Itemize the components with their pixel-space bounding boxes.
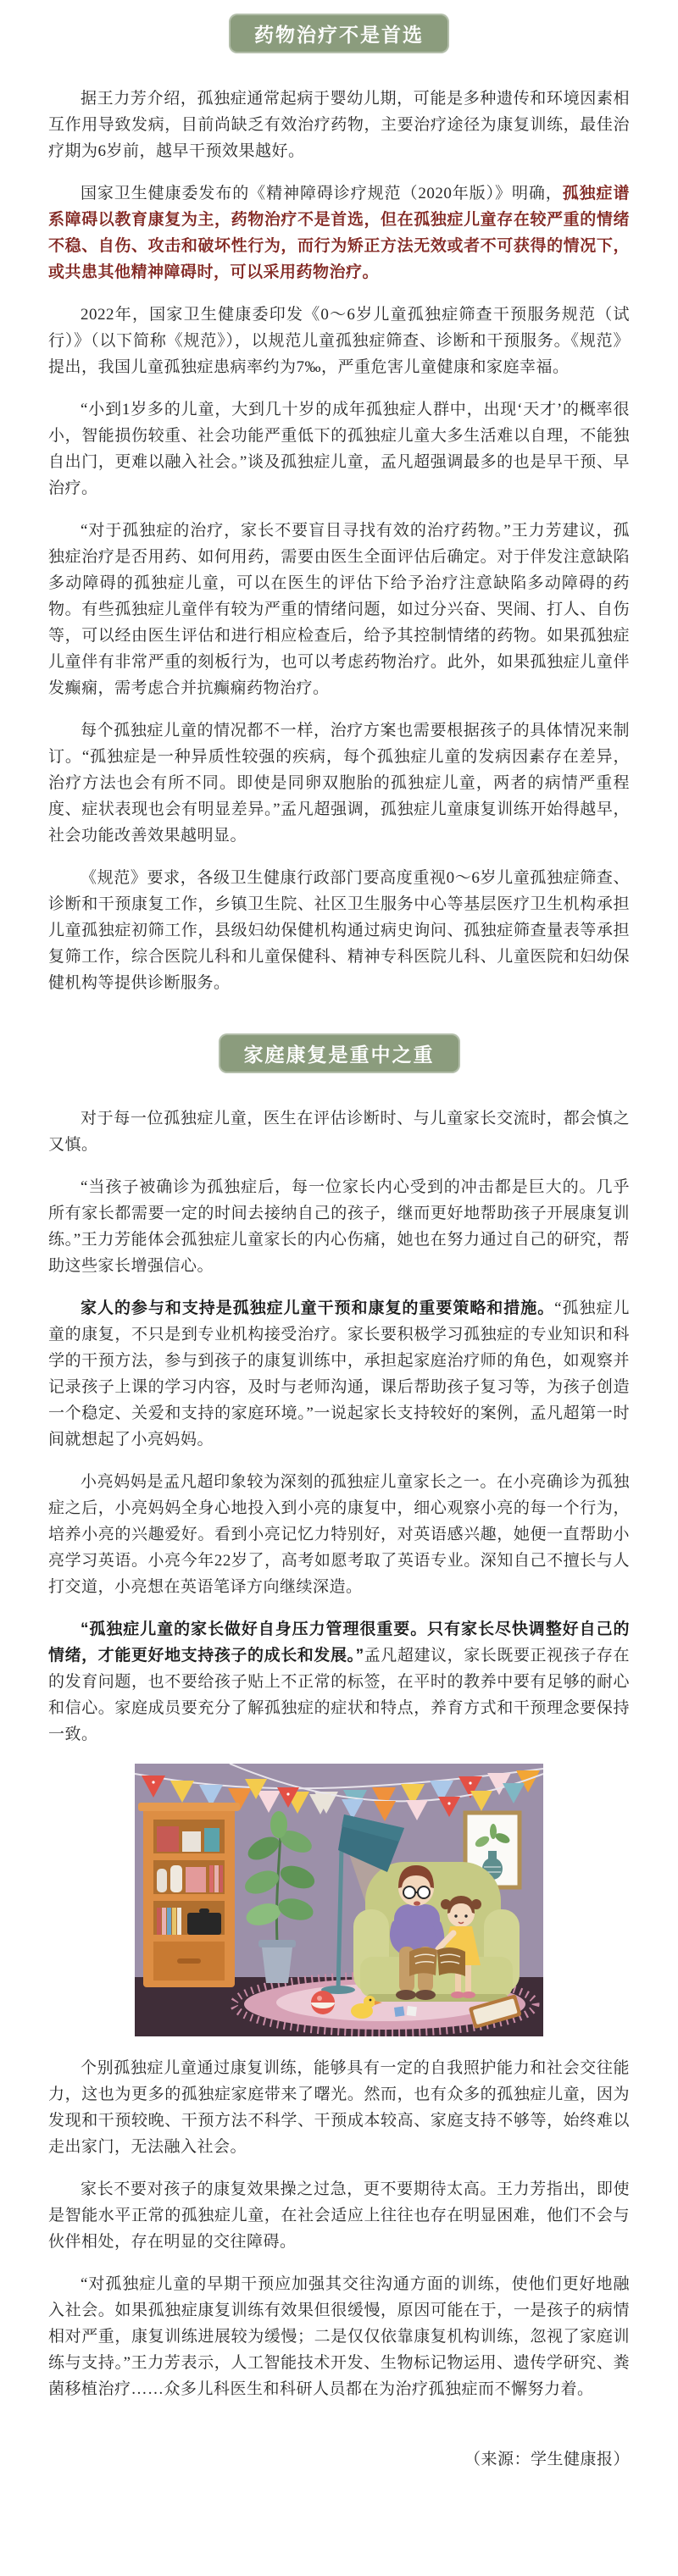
paragraph: 2022年，国家卫生健康委印发《0～6岁儿童孤独症筛查干预服务规范（试行）》（以… — [48, 302, 630, 380]
text-segment: “孤独症儿童的康复，不只是到专业机构接受治疗。家长要积极学习孤独症的专业知识和科… — [48, 1299, 630, 1449]
text-segment-bold-emphasis: 家人的参与和支持是孤独症儿童干预和康复的重要策略和措施。 — [81, 1299, 554, 1317]
text-segment: “对于孤独症的治疗，家长不要盲目寻找有效的治疗药物。”王力芳建议，孤独症治疗是否… — [48, 522, 630, 697]
text-segment: 《规范》要求，各级卫生健康行政部门要高度重视0～6岁儿童孤独症筛查、诊断和干预康… — [48, 869, 630, 992]
paragraph: 家长不要对孩子的康复效果操之过急，更不要期待太高。王力芳指出，即使是智能水平正常… — [48, 2176, 630, 2255]
paragraph: 个别孤独症儿童通过康复训练，能够具有一定的自我照护能力和社会交往能力，这也为更多… — [48, 2055, 630, 2160]
text-segment: 国家卫生健康委发布的《精神障碍诊疗规范（2020年版）》明确， — [81, 185, 563, 202]
family-reading-illustration — [135, 1764, 543, 2036]
paragraph: 每个孤独症儿童的情况都不一样，治疗方案也需要根据孩子的具体情况来制订。“孤独症是… — [48, 717, 630, 849]
paragraph: “当孩子被确诊为孤独症后，每一位家长内心受到的冲击都是巨大的。几乎所有家长都需要… — [48, 1174, 630, 1279]
section-title-drug-treatment: 药物治疗不是首选 — [229, 14, 449, 53]
text-segment: 小亮妈妈是孟凡超印象较为深刻的孤独症儿童家长之一。在小亮确诊为孤独症之后，小亮妈… — [48, 1473, 630, 1596]
text-segment: 家长不要对孩子的康复效果操之过急，更不要期待太高。王力芳指出，即使是智能水平正常… — [48, 2180, 630, 2251]
section-title-family-rehab: 家庭康复是重中之重 — [219, 1033, 460, 1073]
paragraph: “对于孤独症的治疗，家长不要盲目寻找有效的治疗药物。”王力芳建议，孤独症治疗是否… — [48, 518, 630, 701]
text-segment: “小到1岁多的儿童，大到几十岁的成年孤独症人群中，出现‘天才’的概率很小，智能损… — [48, 401, 630, 497]
text-segment: 据王力芳介绍，孤独症通常起病于婴幼儿期，可能是多种遗传和环境因素相互作用导致发病… — [48, 90, 630, 160]
paragraph: 国家卫生健康委发布的《精神障碍诊疗规范（2020年版）》明确，孤独症谱系障碍以教… — [48, 180, 630, 285]
text-segment: “当孩子被确诊为孤独症后，每一位家长内心受到的冲击都是巨大的。几乎所有家长都需要… — [48, 1178, 630, 1275]
text-segment: 个别孤独症儿童通过康复训练，能够具有一定的自我照护能力和社会交往能力，这也为更多… — [48, 2059, 630, 2156]
paragraph: “小到1岁多的儿童，大到几十岁的成年孤独症人群中，出现‘天才’的概率很小，智能损… — [48, 396, 630, 501]
article: 药物治疗不是首选 据王力芳介绍，孤独症通常起病于婴幼儿期，可能是多种遗传和环境因… — [0, 0, 678, 2505]
family-reading-illustration-svg — [135, 1764, 543, 2036]
paragraph: “孤独症儿童的家长做好自身压力管理很重要。只有家长尽快调整好自己的情绪，才能更好… — [48, 1616, 630, 1748]
paragraph: 《规范》要求，各级卫生健康行政部门要高度重视0～6岁儿童孤独症筛查、诊断和干预康… — [48, 865, 630, 996]
paragraph: “对孤独症儿童的早期干预应加强其交往沟通方面的训练，使他们更好地融入社会。如果孤… — [48, 2271, 630, 2402]
text-segment: 对于每一位孤独症儿童，医生在评估诊断时、与儿童家长交流时，都会慎之又慎。 — [48, 1110, 630, 1154]
paragraph: 据王力芳介绍，孤独症通常起病于婴幼儿期，可能是多种遗传和环境因素相互作用导致发病… — [48, 86, 630, 164]
text-segment: “对孤独症儿童的早期干预应加强其交往沟通方面的训练，使他们更好地融入社会。如果孤… — [48, 2275, 630, 2398]
paragraph: 家人的参与和支持是孤独症儿童干预和康复的重要策略和措施。“孤独症儿童的康复，不只… — [48, 1295, 630, 1453]
paragraph: 对于每一位孤独症儿童，医生在评估诊断时、与儿童家长交流时，都会慎之又慎。 — [48, 1105, 630, 1158]
text-segment: 2022年，国家卫生健康委印发《0～6岁儿童孤独症筛查干预服务规范（试行）》（以… — [48, 306, 630, 376]
source-credit: （来源：学生健康报） — [48, 2446, 630, 2469]
paragraph: 小亮妈妈是孟凡超印象较为深刻的孤独症儿童家长之一。在小亮确诊为孤独症之后，小亮妈… — [48, 1469, 630, 1600]
text-segment: 每个孤独症儿童的情况都不一样，治疗方案也需要根据孩子的具体情况来制订。“孤独症是… — [48, 722, 630, 845]
